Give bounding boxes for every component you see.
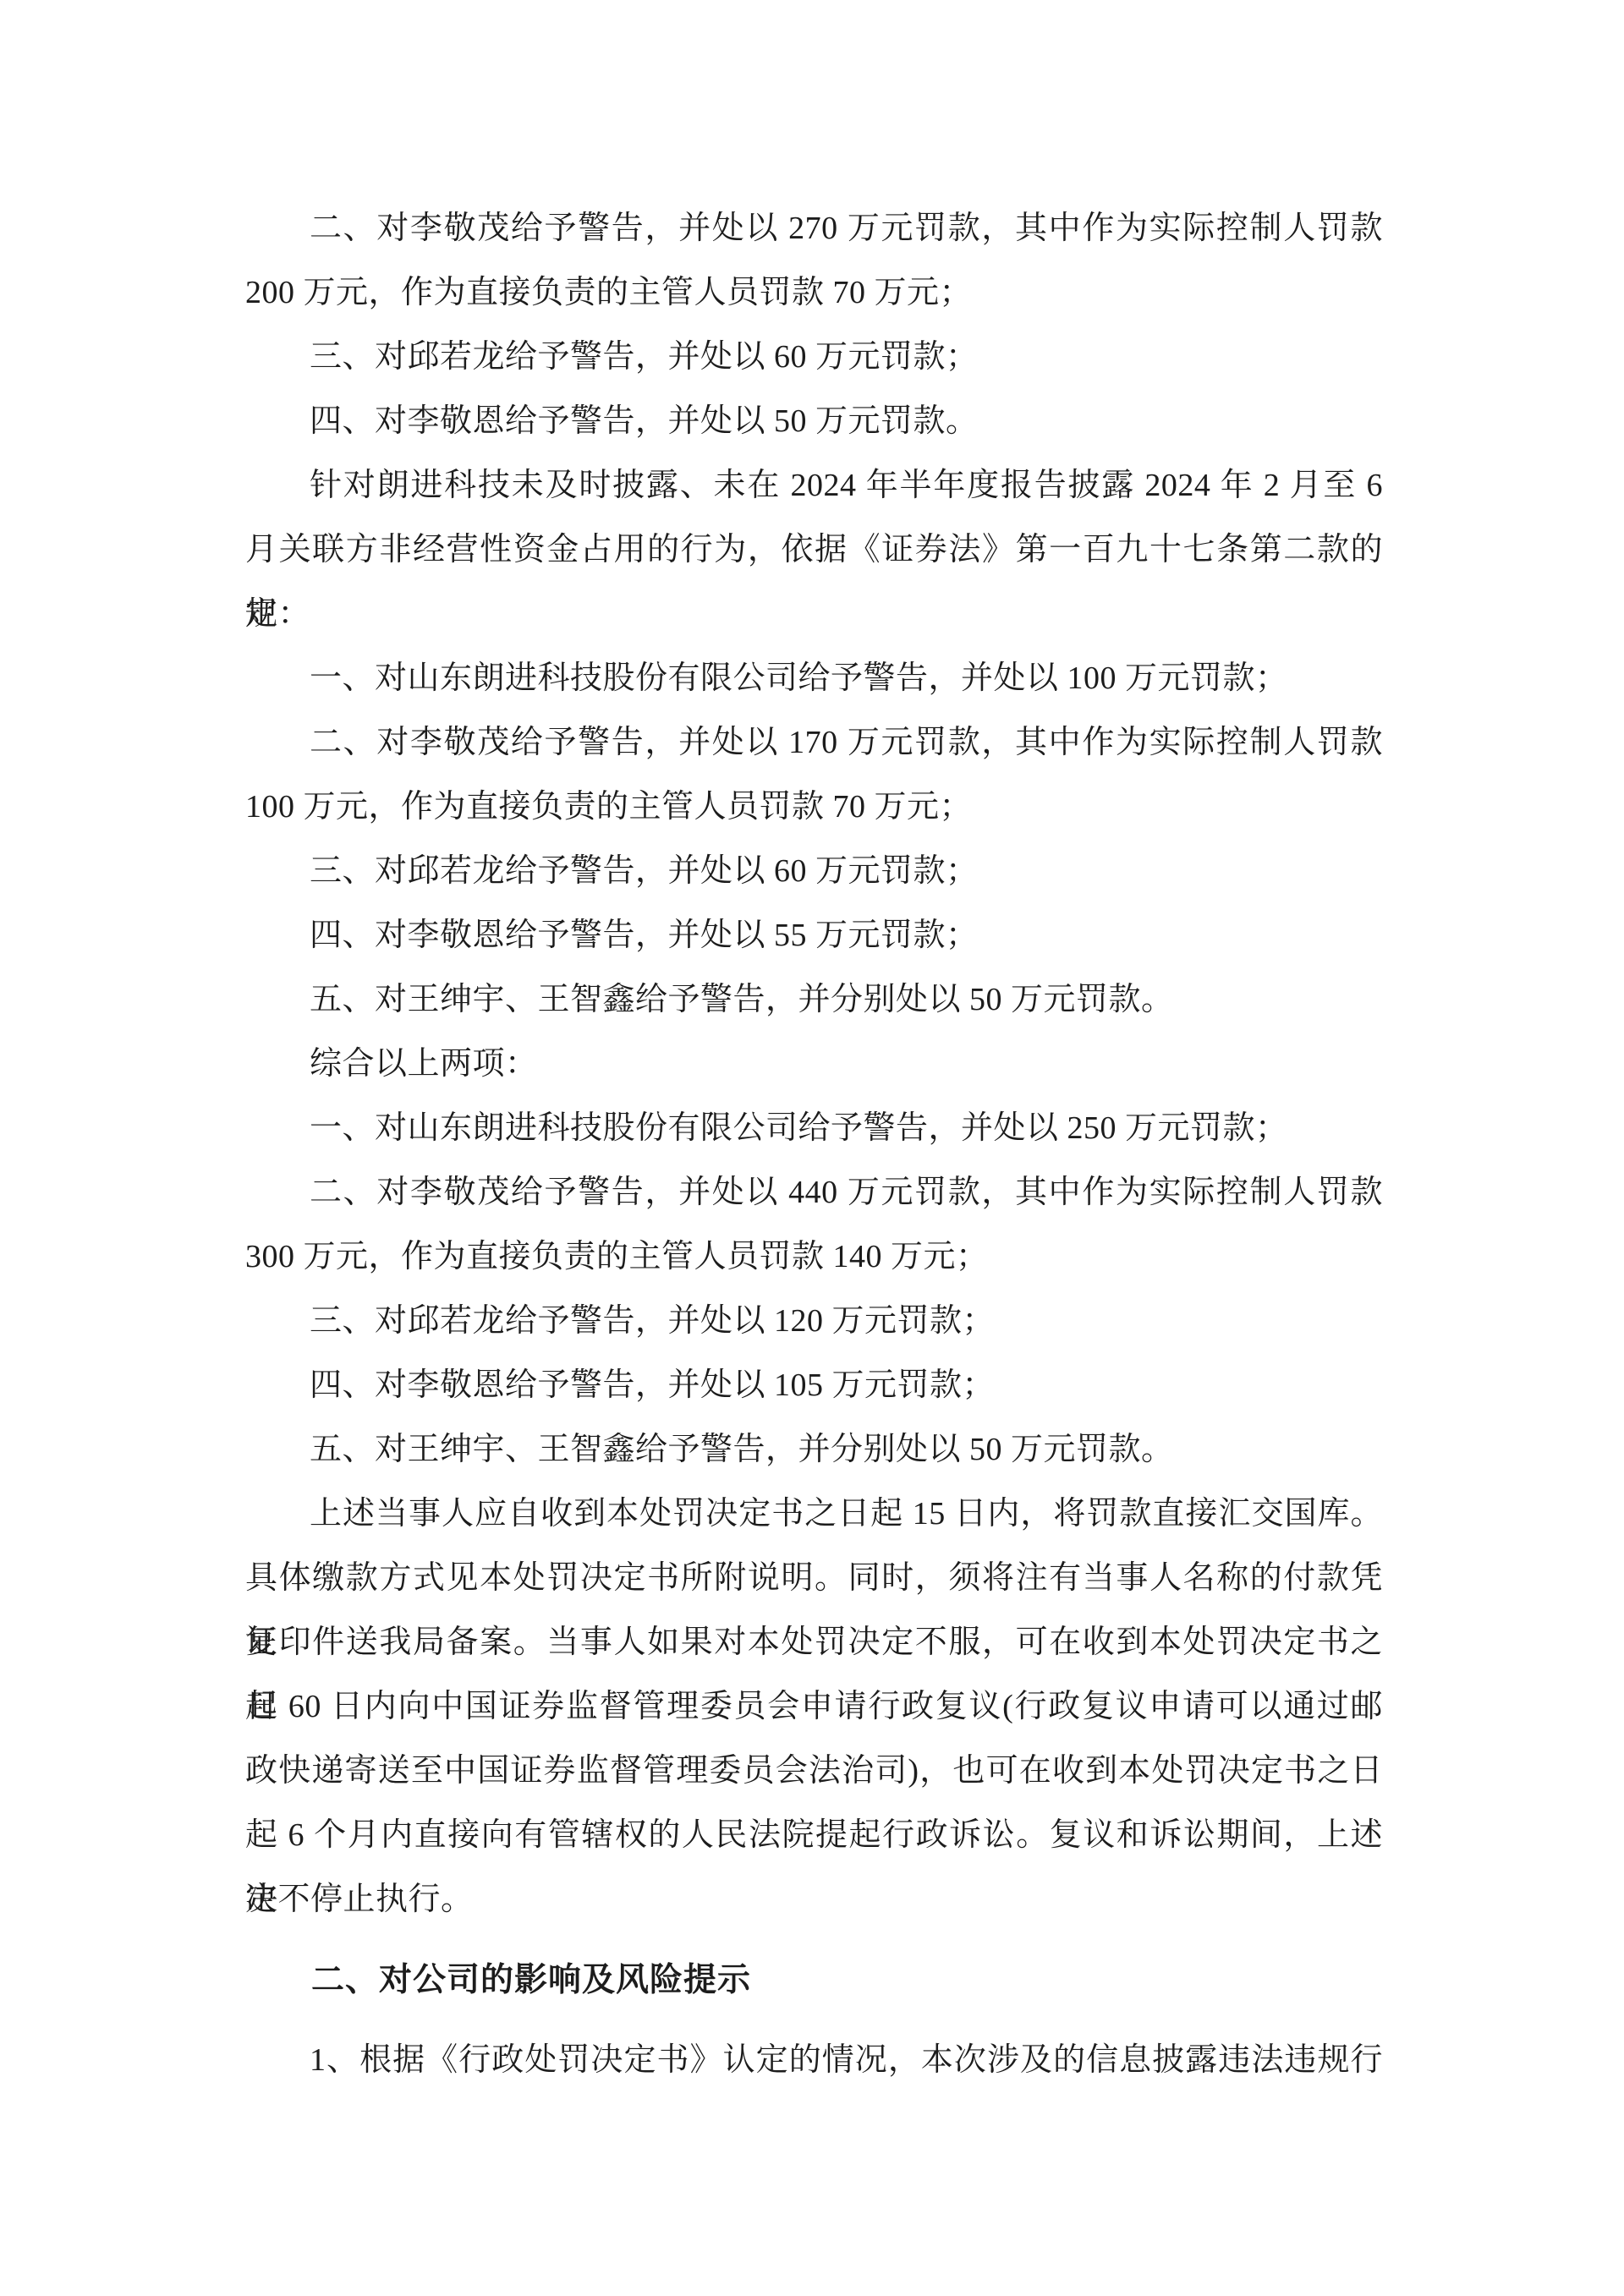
body-lines: 二、对李敬茂给予警告，并处以 270 万元罚款，其中作为实际控制人罚款200 万… xyxy=(245,196,1383,1932)
text-line: 政快递寄送至中国证券监督管理委员会法治司)，也可在收到本处罚决定书之日 xyxy=(245,1739,1383,1803)
text-line: 300 万元，作为直接负责的主管人员罚款 140 万元； xyxy=(245,1225,1383,1289)
text-line: 五、对王绅宇、王智鑫给予警告，并分别处以 50 万元罚款。 xyxy=(245,1417,1383,1482)
text-line: 二、对李敬茂给予警告，并处以 440 万元罚款，其中作为实际控制人罚款 xyxy=(245,1160,1383,1225)
text-line: 起 6 个月内直接向有管辖权的人民法院提起行政诉讼。复议和诉讼期间，上述决 xyxy=(245,1803,1383,1867)
text-line: 二、对李敬茂给予警告，并处以 270 万元罚款，其中作为实际控制人罚款 xyxy=(245,196,1383,260)
section-heading: 二、对公司的影响及风险提示 xyxy=(245,1948,1383,2013)
text-line: 200 万元，作为直接负责的主管人员罚款 70 万元； xyxy=(245,260,1383,325)
text-line: 起 60 日内向中国证券监督管理委员会申请行政复议(行政复议申请可以通过邮 xyxy=(245,1674,1383,1739)
text-line: 100 万元，作为直接负责的主管人员罚款 70 万元； xyxy=(245,775,1383,839)
text-line: 具体缴款方式见本处罚决定书所附说明。同时，须将注有当事人名称的付款凭证 xyxy=(245,1546,1383,1610)
text-line: 五、对王绅宇、王智鑫给予警告，并分别处以 50 万元罚款。 xyxy=(245,967,1383,1032)
text-line: 针对朗进科技未及时披露、未在 2024 年半年度报告披露 2024 年 2 月至… xyxy=(245,453,1383,518)
text-block: 二、对李敬茂给予警告，并处以 270 万元罚款，其中作为实际控制人罚款200 万… xyxy=(245,196,1383,2092)
text-line: 月关联方非经营性资金占用的行为，依据《证券法》第一百九十七条第二款的规 xyxy=(245,518,1383,582)
text-line: 三、对邱若龙给予警告，并处以 60 万元罚款； xyxy=(245,839,1383,903)
text-line: 四、对李敬恩给予警告，并处以 50 万元罚款。 xyxy=(245,389,1383,453)
text-line: 上述当事人应自收到本处罚决定书之日起 15 日内，将罚款直接汇交国库。 xyxy=(245,1482,1383,1546)
text-line: 复印件送我局备案。当事人如果对本处罚决定不服，可在收到本处罚决定书之日 xyxy=(245,1610,1383,1674)
text-line: 一、对山东朗进科技股份有限公司给予警告，并处以 250 万元罚款； xyxy=(245,1096,1383,1160)
document-page: 二、对李敬茂给予警告，并处以 270 万元罚款，其中作为实际控制人罚款200 万… xyxy=(0,0,1624,2296)
tail-lines: 1、根据《行政处罚决定书》认定的情况，本次涉及的信息披露违法违规行 xyxy=(245,2028,1383,2092)
text-line: 四、对李敬恩给予警告，并处以 105 万元罚款； xyxy=(245,1353,1383,1417)
text-line: 1、根据《行政处罚决定书》认定的情况，本次涉及的信息披露违法违规行 xyxy=(245,2028,1383,2092)
text-line: 三、对邱若龙给予警告，并处以 120 万元罚款； xyxy=(245,1289,1383,1353)
text-line: 定不停止执行。 xyxy=(245,1867,1383,1932)
text-line: 一、对山东朗进科技股份有限公司给予警告，并处以 100 万元罚款； xyxy=(245,646,1383,710)
text-line: 定： xyxy=(245,582,1383,646)
text-line: 四、对李敬恩给予警告，并处以 55 万元罚款； xyxy=(245,903,1383,967)
text-line: 二、对李敬茂给予警告，并处以 170 万元罚款，其中作为实际控制人罚款 xyxy=(245,710,1383,775)
text-line: 综合以上两项： xyxy=(245,1032,1383,1096)
text-line: 三、对邱若龙给予警告，并处以 60 万元罚款； xyxy=(245,325,1383,389)
